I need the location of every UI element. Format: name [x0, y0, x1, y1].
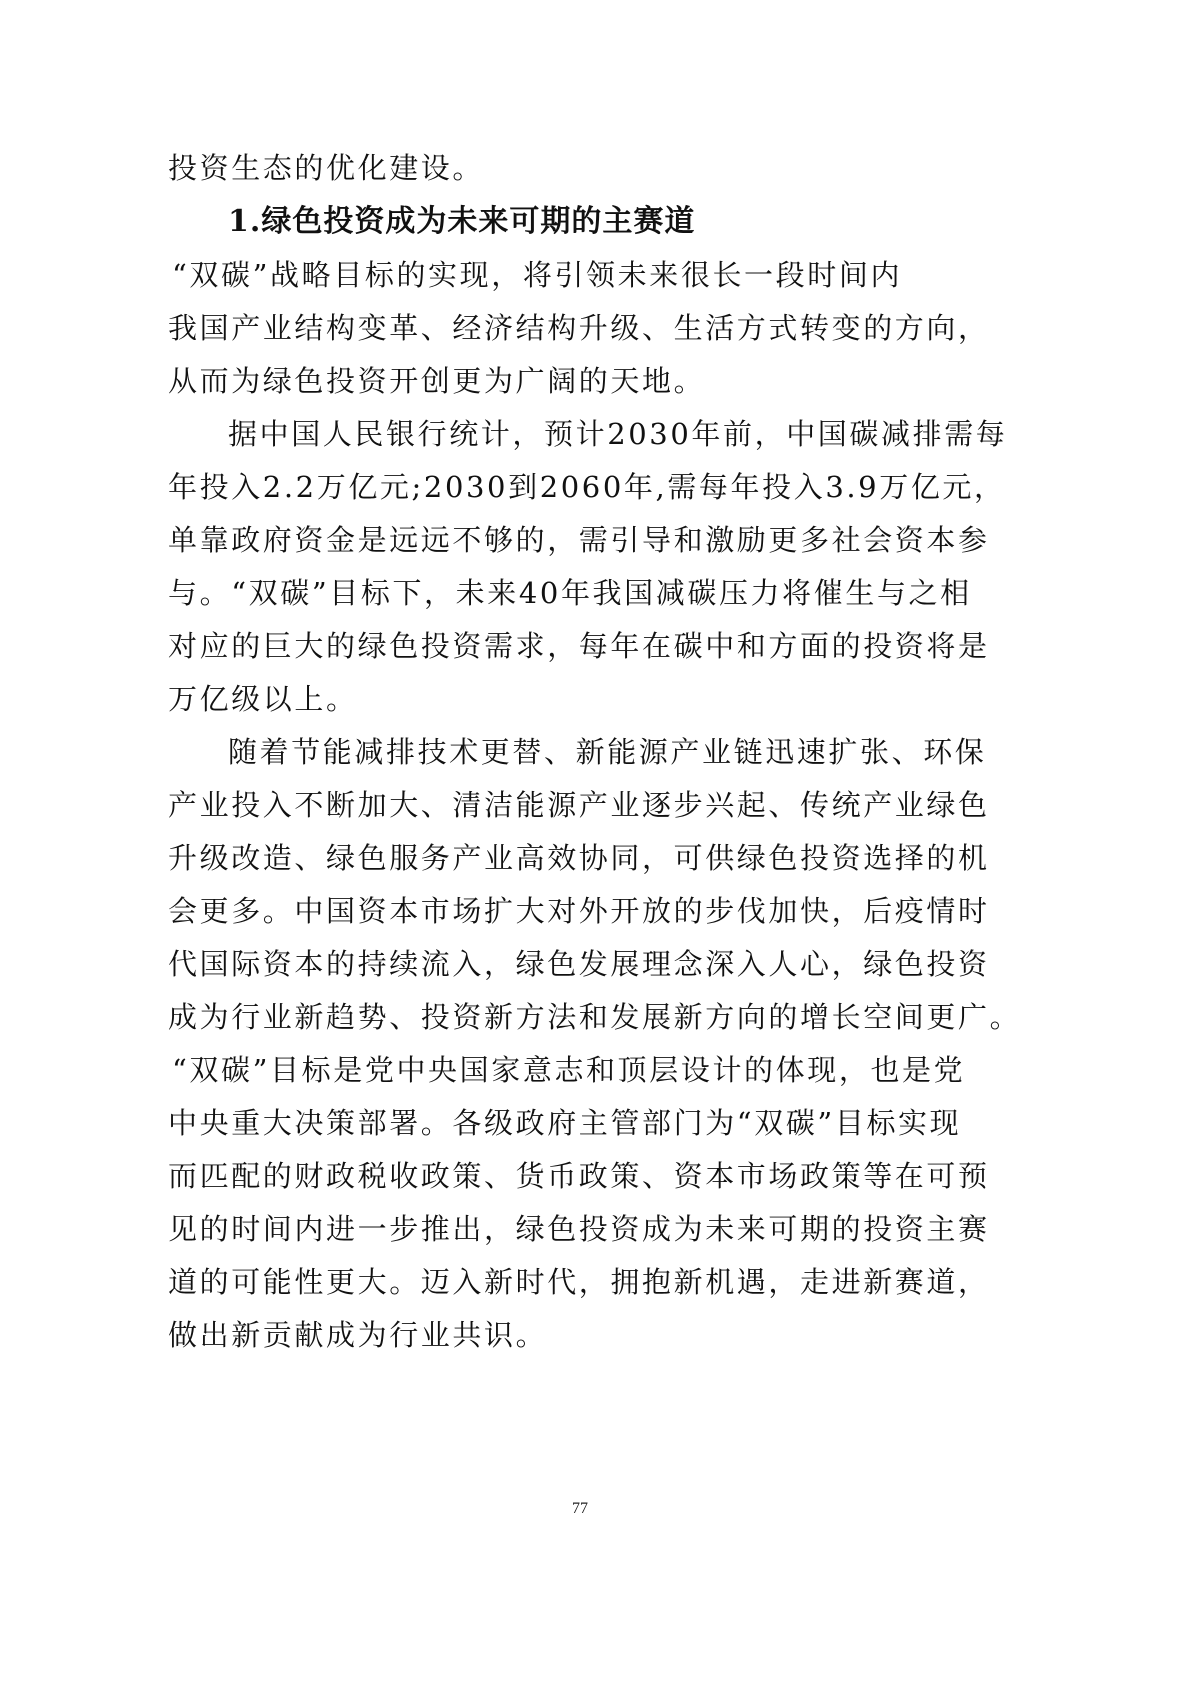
- text-line: 而匹配的财政税收政策、货币政策、资本市场政策等在可预: [168, 1156, 948, 1196]
- text-line: 与。“双碳”目标下，未来40年我国减碳压力将催生与之相: [168, 573, 948, 613]
- text-line: 代国际资本的持续流入，绿色发展理念深入人心，绿色投资: [168, 944, 948, 984]
- text-line: 随着节能减排技术更替、新能源产业链迅速扩张、环保: [228, 732, 948, 772]
- text-line: “双碳”目标是党中央国家意志和顶层设计的体现，也是党: [172, 1050, 952, 1090]
- text-line: 升级改造、绿色服务产业高效协同，可供绿色投资选择的机: [168, 838, 948, 878]
- text-line: 道的可能性更大。迈入新时代，拥抱新机遇，走进新赛道，: [168, 1262, 948, 1302]
- text-line: 投资生态的优化建设。: [168, 148, 948, 188]
- text-line: 成为行业新趋势、投资新方法和发展新方向的增长空间更广。: [168, 997, 948, 1037]
- text-line: 做出新贡献成为行业共识。: [168, 1315, 948, 1355]
- text-line: 年投入2.2万亿元;2030到2060年,需每年投入3.9万亿元，: [168, 467, 948, 507]
- page-number: 77: [560, 1500, 600, 1518]
- text-line: 见的时间内进一步推出，绿色投资成为未来可期的投资主赛: [168, 1209, 948, 1249]
- section-heading: 1.绿色投资成为未来可期的主赛道: [228, 202, 695, 242]
- text-line: 我国产业结构变革、经济结构升级、生活方式转变的方向，: [168, 308, 948, 348]
- document-page: 投资生态的优化建设。 1.绿色投资成为未来可期的主赛道 “双碳”战略目标的实现，…: [0, 0, 1199, 1696]
- text-line: 产业投入不断加大、清洁能源产业逐步兴起、传统产业绿色: [168, 785, 948, 825]
- text-line: “双碳”战略目标的实现，将引领未来很长一段时间内: [172, 255, 952, 295]
- text-line: 对应的巨大的绿色投资需求，每年在碳中和方面的投资将是: [168, 626, 948, 666]
- text-line: 万亿级以上。: [168, 679, 948, 719]
- text-line: 从而为绿色投资开创更为广阔的天地。: [168, 361, 948, 401]
- text-line: 据中国人民银行统计，预计2030年前，中国碳减排需每: [228, 414, 948, 454]
- text-line: 中央重大决策部署。各级政府主管部门为“双碳”目标实现: [168, 1103, 948, 1143]
- text-line: 会更多。中国资本市场扩大对外开放的步伐加快，后疫情时: [168, 891, 948, 931]
- text-line: 单靠政府资金是远远不够的，需引导和激励更多社会资本参: [168, 520, 948, 560]
